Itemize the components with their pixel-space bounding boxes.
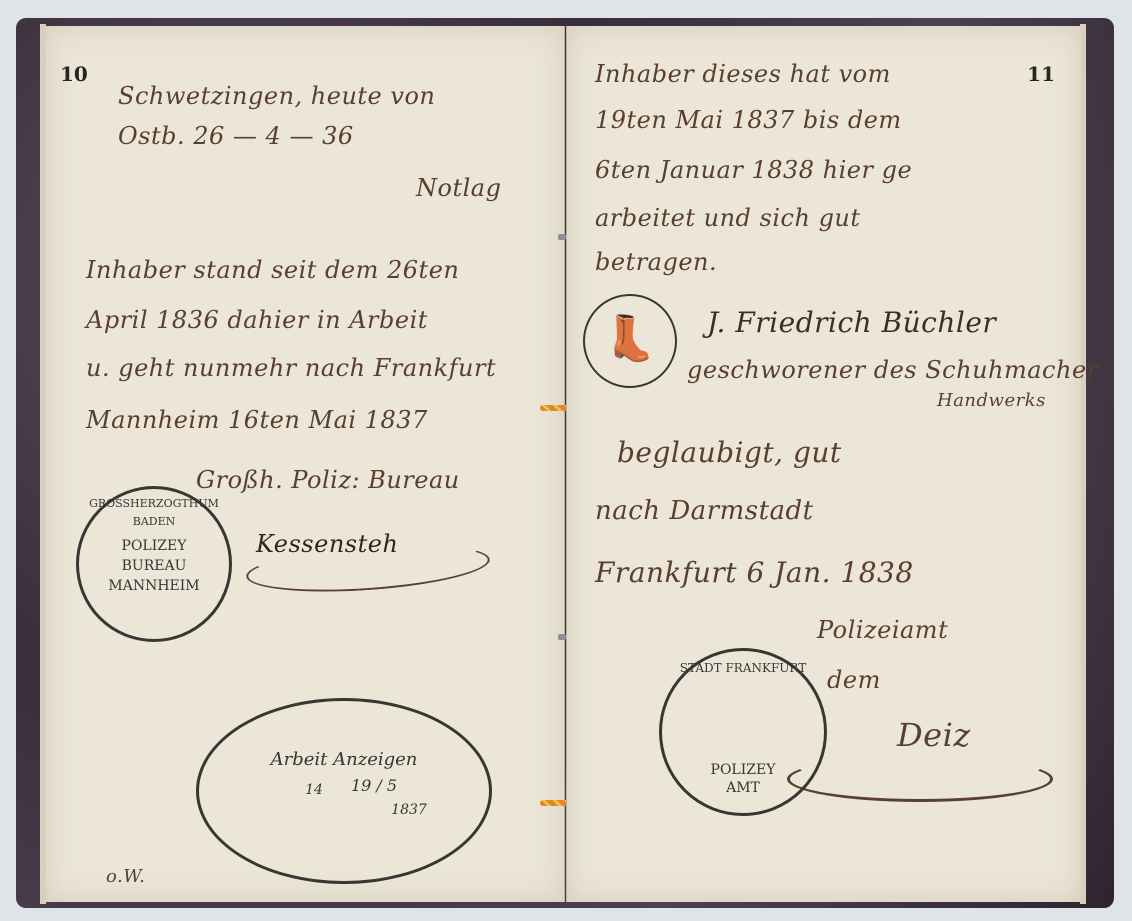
handwriting-line: 19ten Mai 1837 bis dem	[595, 106, 902, 134]
stamp-line: AMT	[662, 779, 824, 797]
stamp-line: Arbeit Anzeigen	[199, 751, 489, 769]
stamp-line: POLIZEY	[662, 761, 824, 779]
initials: o.W.	[106, 866, 145, 887]
page-number: 11	[1027, 62, 1055, 86]
handwriting-line: April 1836 dahier in Arbeit	[86, 306, 428, 334]
boot-icon: 👢	[585, 314, 675, 364]
stamp-ring-text: STADT FRANKFURT	[662, 659, 824, 677]
work-notice-oval-stamp: Arbeit Anzeigen 14 19 / 5 1837	[196, 698, 492, 884]
shoemaker-guild-stamp: 👢	[583, 294, 677, 388]
handwriting-line: beglaubigt, gut	[617, 436, 842, 469]
signature: Deiz	[897, 716, 971, 754]
handwriting-line: Frankfurt 6 Jan. 1838	[595, 556, 914, 589]
signature-flourish	[787, 756, 1053, 802]
page-number: 10	[60, 62, 88, 86]
handwriting-line: Inhaber dieses hat vom	[595, 60, 891, 88]
stamp-line: 1837	[329, 801, 489, 819]
handwriting-line: Ostb. 26 — 4 — 36	[118, 122, 354, 150]
right-page: 11 Inhaber dieses hat vom 19ten Mai 1837…	[566, 26, 1081, 902]
handwriting-line: 6ten Januar 1838 hier ge	[595, 156, 912, 184]
handwriting-line: betragen.	[595, 248, 717, 276]
handwriting-line: Handwerks	[937, 390, 1046, 411]
handwriting-line: arbeitet und sich gut	[595, 204, 861, 232]
handwriting-line: u. geht nunmehr nach Frankfurt	[86, 354, 496, 382]
left-page: 10 Schwetzingen, heute von Ostb. 26 — 4 …	[46, 26, 565, 902]
frankfurt-police-stamp: STADT FRANKFURT POLIZEY AMT	[659, 648, 827, 816]
stamp-line: 19 / 5	[259, 777, 489, 795]
police-bureau-stamp: GROSSHERZOGTHUM BADEN POLIZEY BUREAU MAN…	[76, 486, 232, 642]
handwriting-line: Notlag	[416, 174, 501, 202]
handwriting-line: nach Darmstadt	[595, 496, 814, 526]
handwriting-line: Polizeiamt	[817, 616, 948, 644]
signature: J. Friedrich Büchler	[707, 306, 996, 339]
handwriting-line: dem	[827, 666, 881, 694]
binding-hole	[558, 234, 566, 240]
handwriting-line: Inhaber stand seit dem 26ten	[86, 256, 459, 284]
handwriting-line: Großh. Poliz: Bureau	[196, 466, 460, 494]
handwriting-line: Schwetzingen, heute von	[118, 82, 435, 110]
handwriting-line: Mannheim 16ten Mai 1837	[86, 406, 428, 434]
handwriting-line: geschworener des Schuhmacher	[687, 356, 1099, 384]
stamp-line: MANNHEIM	[79, 577, 229, 595]
stamp-line: POLIZEY	[79, 537, 229, 555]
stamp-ring-text: GROSSHERZOGTHUM BADEN	[79, 495, 229, 531]
binding-hole	[558, 634, 566, 640]
stamp-line: BUREAU	[79, 557, 229, 575]
